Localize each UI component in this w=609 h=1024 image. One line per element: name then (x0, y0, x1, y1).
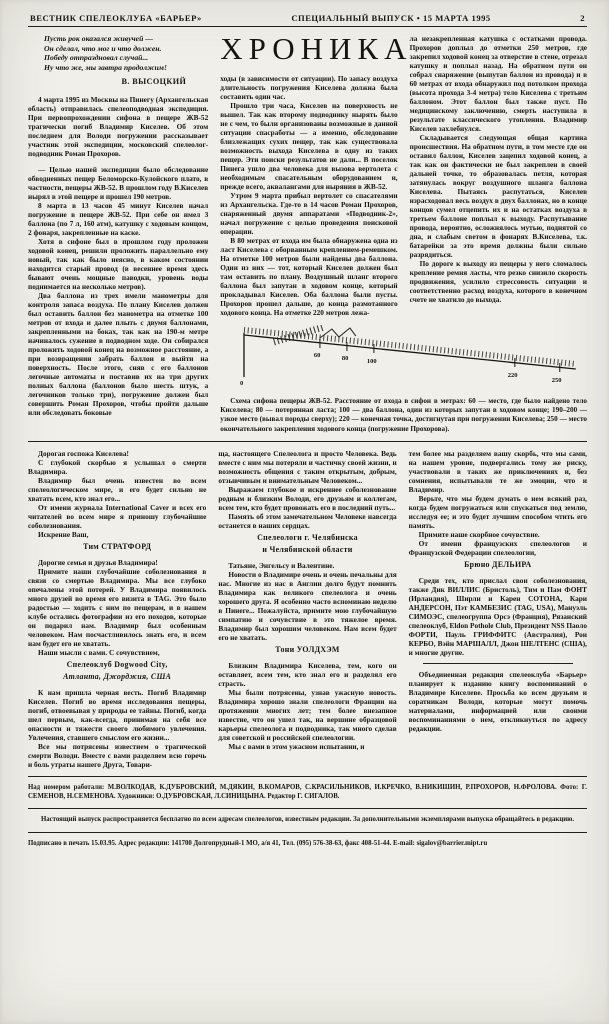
article-paragraph: В 80 метрах от входа им была обнаружена … (220, 236, 397, 317)
footer-rule-top (28, 776, 587, 777)
letters-column-right: тем более мы разделяем вашу скорбь, что … (409, 449, 587, 769)
article-paragraph: Хотя в сифоне был в прошлом году проложе… (28, 237, 208, 291)
letter-paragraph: С глубокой скорбью я услышал о смерти Вл… (28, 458, 206, 476)
letter-signature: Тим СТРАТФОРД (28, 542, 206, 551)
letter-paragraph: Верьте, что мы будем думать о нем всякий… (409, 494, 587, 530)
letter-paragraph: тем более мы разделяем вашу скорбь, что … (409, 449, 587, 494)
letter-signature: Спелеоклуб Dogwood City, (28, 660, 206, 669)
editorial-note: Объединенная редакция спелеоклуба «Барье… (409, 670, 587, 733)
issue-label: СПЕЦИАЛЬНЫЙ ВЫПУСК • 15 МАРТА 1995 (202, 13, 580, 23)
footer-imprint: Подписано в печать 15.03.95. Адрес редак… (28, 840, 587, 847)
masthead-rule (28, 26, 587, 27)
letter-salutation: Татьяне, Энгельсу и Валентине. (218, 561, 396, 570)
letter-paragraph: Примите наше скорбное сочувствие. (409, 530, 587, 539)
diagram-caption: Схема сифона пещеры ЖВ-52. Расстояние от… (220, 397, 587, 434)
headline: ХРОНИКА (220, 31, 397, 67)
article-paragraph: Утром 9 марта прибыл вертолет со спасате… (220, 191, 397, 236)
chronicle-section: Пусть рок оказался живучей — Он сделал, … (28, 34, 587, 434)
letter-paragraph: ща, настоящего Спелеолога и просто Челов… (218, 449, 396, 485)
letter-paragraph: Среди тех, кто прислал свои соболезнован… (409, 576, 587, 657)
letter-paragraph: От имени французских спелеологов и Франц… (409, 539, 587, 557)
letter-paragraph: К нам пришла черная весть. Погиб Владими… (28, 688, 206, 742)
letter-paragraph: Владимир был очень известен во всем спел… (28, 476, 206, 503)
article-paragraph: Складывается следующая общая картина про… (410, 133, 587, 259)
section-divider (28, 441, 587, 442)
chronicle-inner-columns: ХРОНИКА ходы (в зависимости от ситуации)… (220, 34, 587, 317)
letters-column-left: Дорогая госпожа Киселева! С глубокой ско… (28, 449, 206, 769)
article-paragraph: ходы (в зависимости от ситуации). По зап… (220, 74, 397, 101)
diagram-label-80: 80 (342, 355, 348, 362)
letter-paragraph: От имени журнала International Caver и в… (28, 503, 206, 530)
chronicle-column-right-area: ХРОНИКА ходы (в зависимости от ситуации)… (220, 34, 587, 434)
letter-paragraph: Память об этом замечательном Человеке на… (218, 512, 396, 530)
letter-signature: Брюно ДЕЛЬИРА (409, 560, 587, 569)
epigraph-line: Ну что же, мы завтра продолжим! (44, 63, 208, 73)
epigraph-author: В. ВЫСОЦКИЙ (28, 77, 186, 86)
letter-paragraph: Мы были потрясены, узнав ужасную новость… (218, 688, 396, 742)
page-number: 2 (580, 13, 585, 23)
footer-distribution: Настоящий выпуск распространяется беспла… (28, 816, 587, 825)
diagram-label-100: 100 (367, 358, 377, 365)
footer-rule-mid (28, 808, 587, 809)
article-paragraph: По дороге к выходу из пещеры у него слом… (410, 259, 587, 304)
footer-rule-bottom (28, 832, 587, 833)
letters-column-middle: ща, настоящего Спелеолога и просто Челов… (218, 449, 396, 769)
cave-profile-drawing: 0 60 80 100 220 250 (220, 325, 587, 387)
letter-paragraph: Примите наши глубочайшие соболезнования … (28, 567, 206, 648)
epigraph: Пусть рок оказался живучей — Он сделал, … (28, 34, 208, 72)
letter-signature: Спелеологи г. Челябинска (218, 533, 396, 542)
epigraph-line: Победу отпраздновал случай... (44, 53, 208, 63)
epigraph-line: Пусть рок оказался живучей — (44, 34, 208, 44)
article-paragraph: 4 марта 1995 из Москвы на Пинегу (Арханг… (28, 95, 208, 158)
siphon-diagram: 0 60 80 100 220 250 Схема сифона пещеры … (220, 325, 587, 434)
letters-section: Дорогая госпожа Киселева! С глубокой ско… (28, 449, 587, 769)
article-paragraph: — Целью нашей экспедиции было обследован… (28, 165, 208, 201)
masthead: ВЕСТНИК СПЕЛЕОКЛУБА «БАРЬЕР» СПЕЦИАЛЬНЫЙ… (28, 13, 587, 26)
newspaper-page: ВЕСТНИК СПЕЛЕОКЛУБА «БАРЬЕР» СПЕЦИАЛЬНЫЙ… (0, 0, 609, 1024)
chronicle-column-right: ла незакрепленная катушка с остатками пр… (410, 34, 587, 317)
diagram-label-0: 0 (240, 380, 243, 387)
letter-signature: Атланта, Джорджия, США (28, 672, 206, 681)
epigraph-line: Он сделал, что мог и что должен. (44, 44, 208, 54)
letter-paragraph: Наши мысли с вами. С сочувствием, (28, 648, 206, 657)
letter-paragraph: Новости о Владимире очень и очень печаль… (218, 570, 396, 642)
article-paragraph: ла незакрепленная катушка с остатками пр… (410, 34, 587, 133)
diagram-label-60: 60 (314, 352, 320, 359)
letters-divider (423, 663, 573, 664)
letter-salutation: Дорогие семья и друзья Владимира! (28, 558, 206, 567)
chronicle-column-left: Пусть рок оказался живучей — Он сделал, … (28, 34, 208, 434)
diagram-label-250: 250 (552, 377, 562, 384)
letter-paragraph: Все мы потрясены известием о трагической… (28, 742, 206, 769)
letter-paragraph: Мы с вами в этом ужасном испытании, и (218, 742, 396, 751)
diagram-label-220: 220 (508, 372, 518, 379)
footer-credits: Над номером работали: М.ВОЛКОДАВ, К.ДУБР… (28, 784, 587, 802)
letter-signature: Тони УОЛДХЭМ (218, 645, 396, 654)
article-paragraph: Прошло три часа, Киселев на поверхность … (220, 101, 397, 191)
masthead-title: ВЕСТНИК СПЕЛЕОКЛУБА «БАРЬЕР» (30, 13, 202, 23)
letter-salutation: Дорогая госпожа Киселева! (28, 449, 206, 458)
article-paragraph: 8 марта в 13 часов 45 минут Киселев нача… (28, 201, 208, 237)
letter-signature: и Челябинской области (218, 545, 396, 554)
letter-paragraph: Выражаем глубокое и искреннее соболезнов… (218, 485, 396, 512)
letter-paragraph: Близким Владимира Киселева, тем, кого он… (218, 661, 396, 688)
chronicle-column-middle: ХРОНИКА ходы (в зависимости от ситуации)… (220, 34, 397, 317)
article-paragraph: Два баллона из трех имели манометры для … (28, 291, 208, 417)
letter-paragraph: Искренне Ваш, (28, 530, 206, 539)
